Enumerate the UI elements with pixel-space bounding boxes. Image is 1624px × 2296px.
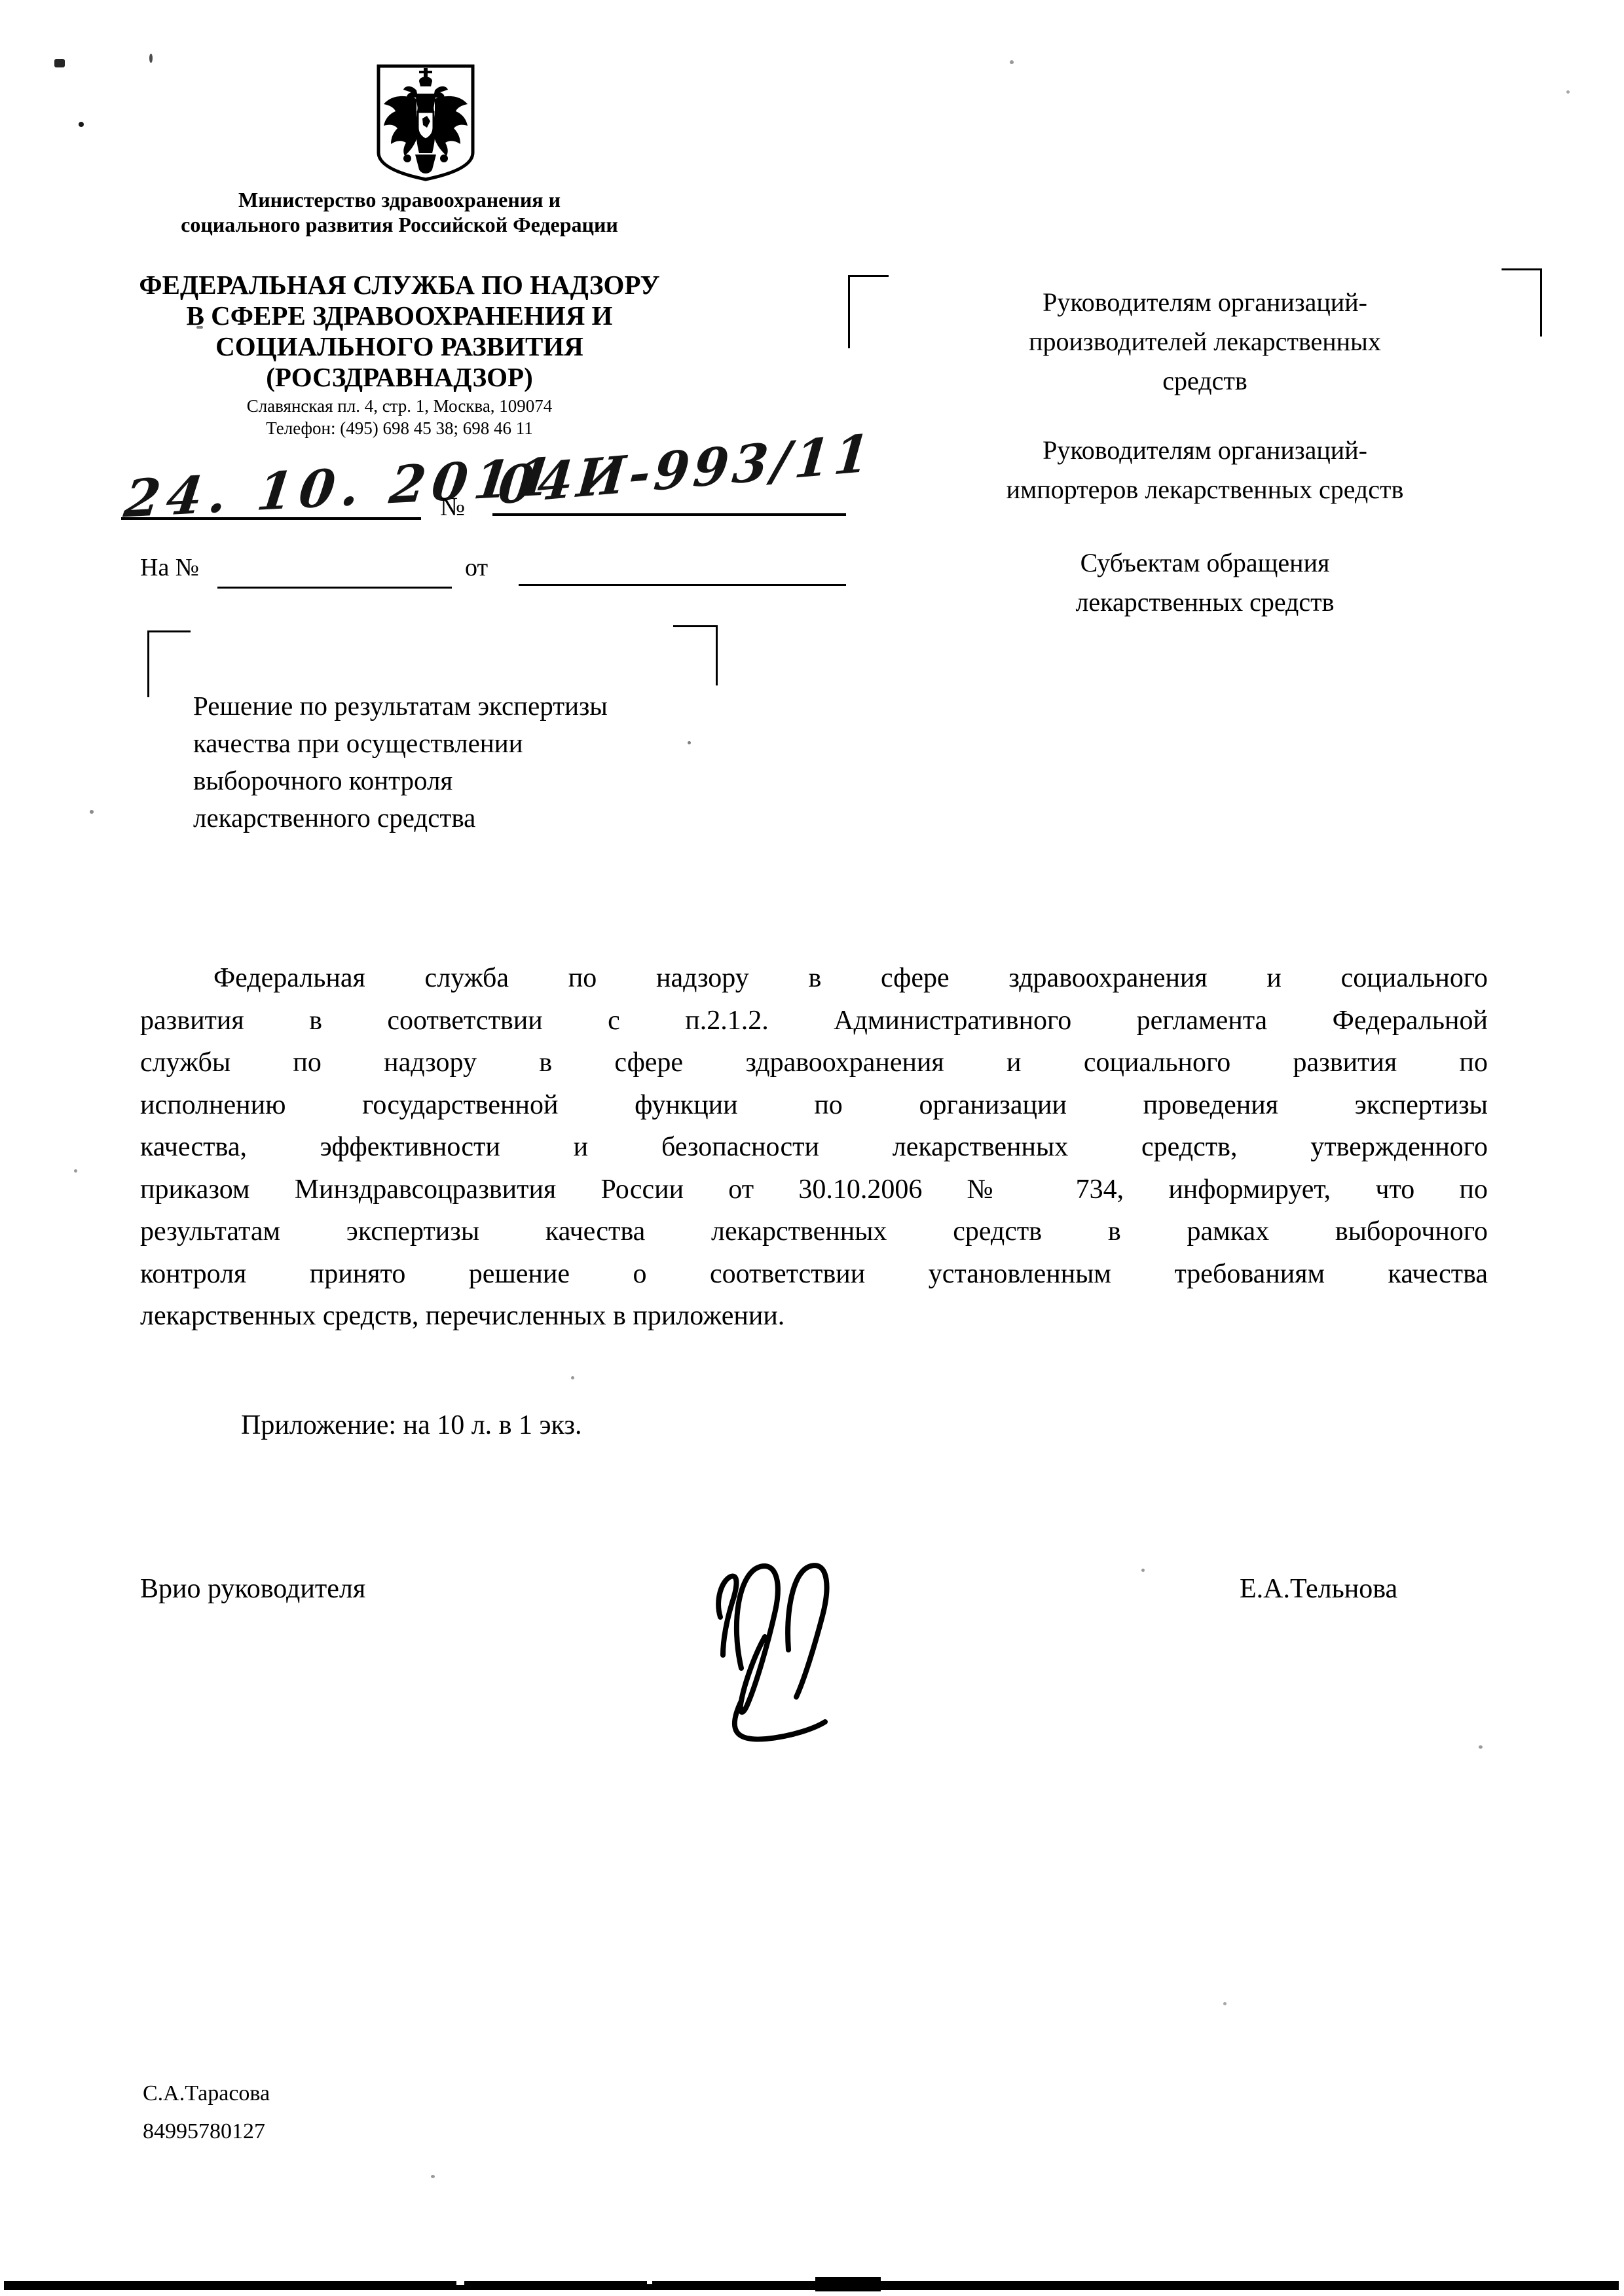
corner-mark: [1540, 268, 1542, 337]
scan-speck: [1223, 2002, 1227, 2005]
subject-line: Решение по результатам экспертизы: [193, 687, 783, 725]
executor-name: С.А.Тарасова: [143, 2081, 270, 2107]
subject-line: лекарственного средства: [193, 799, 783, 837]
ministry-name-line2: социального развития Российской Федераци…: [79, 212, 720, 237]
scan-speck: [149, 54, 153, 63]
service-name-line1: ФЕДЕРАЛЬНАЯ СЛУЖБА ПО НАДЗОРУ: [79, 270, 720, 300]
corner-mark: [848, 275, 889, 277]
reply-to-label: На №: [140, 553, 199, 582]
reply-date-underline: [519, 584, 846, 586]
service-name-line2: В СФЕРЕ ЗДРАВООХРАНЕНИЯ И: [79, 301, 720, 331]
signature-scribble: [695, 1540, 846, 1756]
body-line: приказом Минздравсоцразвития России от 3…: [140, 1169, 1488, 1211]
corner-mark: [147, 630, 191, 632]
scan-speck: [54, 59, 65, 67]
corner-mark: [673, 625, 718, 627]
corner-mark: [848, 275, 850, 348]
date-underline: [121, 517, 421, 520]
letterhead-address: Славянская пл. 4, стр. 1, Москва, 109074: [79, 395, 720, 416]
executor-phone: 84995780127: [143, 2119, 265, 2145]
coat-of-arms-icon: [373, 62, 478, 183]
number-underline: [492, 513, 846, 516]
scan-speck: [1141, 1569, 1145, 1572]
scan-speck: [1566, 90, 1570, 94]
signer-position: Врио руководителя: [140, 1573, 365, 1605]
corner-mark: [716, 625, 718, 685]
scan-speck: [196, 326, 203, 329]
corner-mark: [147, 630, 149, 697]
scan-speck: [1010, 60, 1014, 64]
recipient-line: Руководителям организаций-: [904, 431, 1506, 470]
recipient-line: импортеров лекарственных средств: [904, 470, 1506, 509]
body-line: лекарственных средств, перечисленных в п…: [140, 1295, 1488, 1338]
scan-speck: [431, 2175, 435, 2178]
body-line: развития в соответствии с п.2.1.2. Админ…: [140, 1000, 1488, 1042]
recipient-group-importers: Руководителям организаций- импортеров ле…: [904, 431, 1506, 509]
scan-bottom-bar: [815, 2277, 881, 2291]
attachment-note: Приложение: на 10 л. в 1 экз.: [241, 1409, 581, 1442]
recipient-line: Субъектам обращения: [904, 543, 1506, 583]
scan-speck: [79, 122, 84, 127]
recipient-line: Руководителям организаций-: [904, 283, 1506, 322]
reply-from-label: от: [465, 553, 488, 582]
scan-speck: [688, 741, 691, 744]
recipient-line: производителей лекарственных: [904, 322, 1506, 361]
scan-speck: [1479, 1745, 1483, 1749]
body-line: контроля принято решение о соответствии …: [140, 1253, 1488, 1296]
body-line: службы по надзору в сфере здравоохранени…: [140, 1042, 1488, 1084]
signer-name: Е.А.Тельнова: [1240, 1573, 1397, 1605]
recipient-group-manufacturers: Руководителям организаций- производителе…: [904, 283, 1506, 401]
recipient-line: средств: [904, 361, 1506, 401]
body-line: результатам экспертизы качества лекарств…: [140, 1211, 1488, 1253]
recipient-group-circulation-subjects: Субъектам обращения лекарственных средст…: [904, 543, 1506, 622]
recipient-line: лекарственных средств: [904, 583, 1506, 622]
corner-mark: [1502, 268, 1542, 270]
reply-number-underline: [217, 587, 452, 589]
ministry-name-line1: Министерство здравоохранения и: [79, 187, 720, 212]
service-name-line4: (РОСЗДРАВНАДЗОР): [79, 362, 720, 392]
subject-line: качества при осуществлении: [193, 725, 783, 762]
body-line: исполнению государственной функции по ор…: [140, 1084, 1488, 1127]
scan-bottom-bar: [4, 2281, 1619, 2290]
letterhead-phone: Телефон: (495) 698 45 38; 698 46 11: [79, 418, 720, 439]
scan-speck: [90, 810, 94, 814]
scan-bar-gap: [456, 2281, 464, 2285]
service-name-line3: СОЦИАЛЬНОГО РАЗВИТИЯ: [79, 331, 720, 361]
scan-speck: [571, 1376, 574, 1379]
number-sign: №: [440, 492, 465, 521]
subject-line: выборочного контроля: [193, 762, 783, 799]
scan-bar-gap: [647, 2281, 652, 2284]
body-paragraph: Федеральная служба по надзору в сфере зд…: [140, 957, 1488, 1338]
scanned-letter-page: Министерство здравоохранения и социально…: [0, 0, 1624, 2296]
body-line: качества, эффективности и безопасности л…: [140, 1126, 1488, 1169]
scan-speck: [74, 1169, 77, 1173]
body-line: Федеральная служба по надзору в сфере зд…: [140, 957, 1488, 1000]
